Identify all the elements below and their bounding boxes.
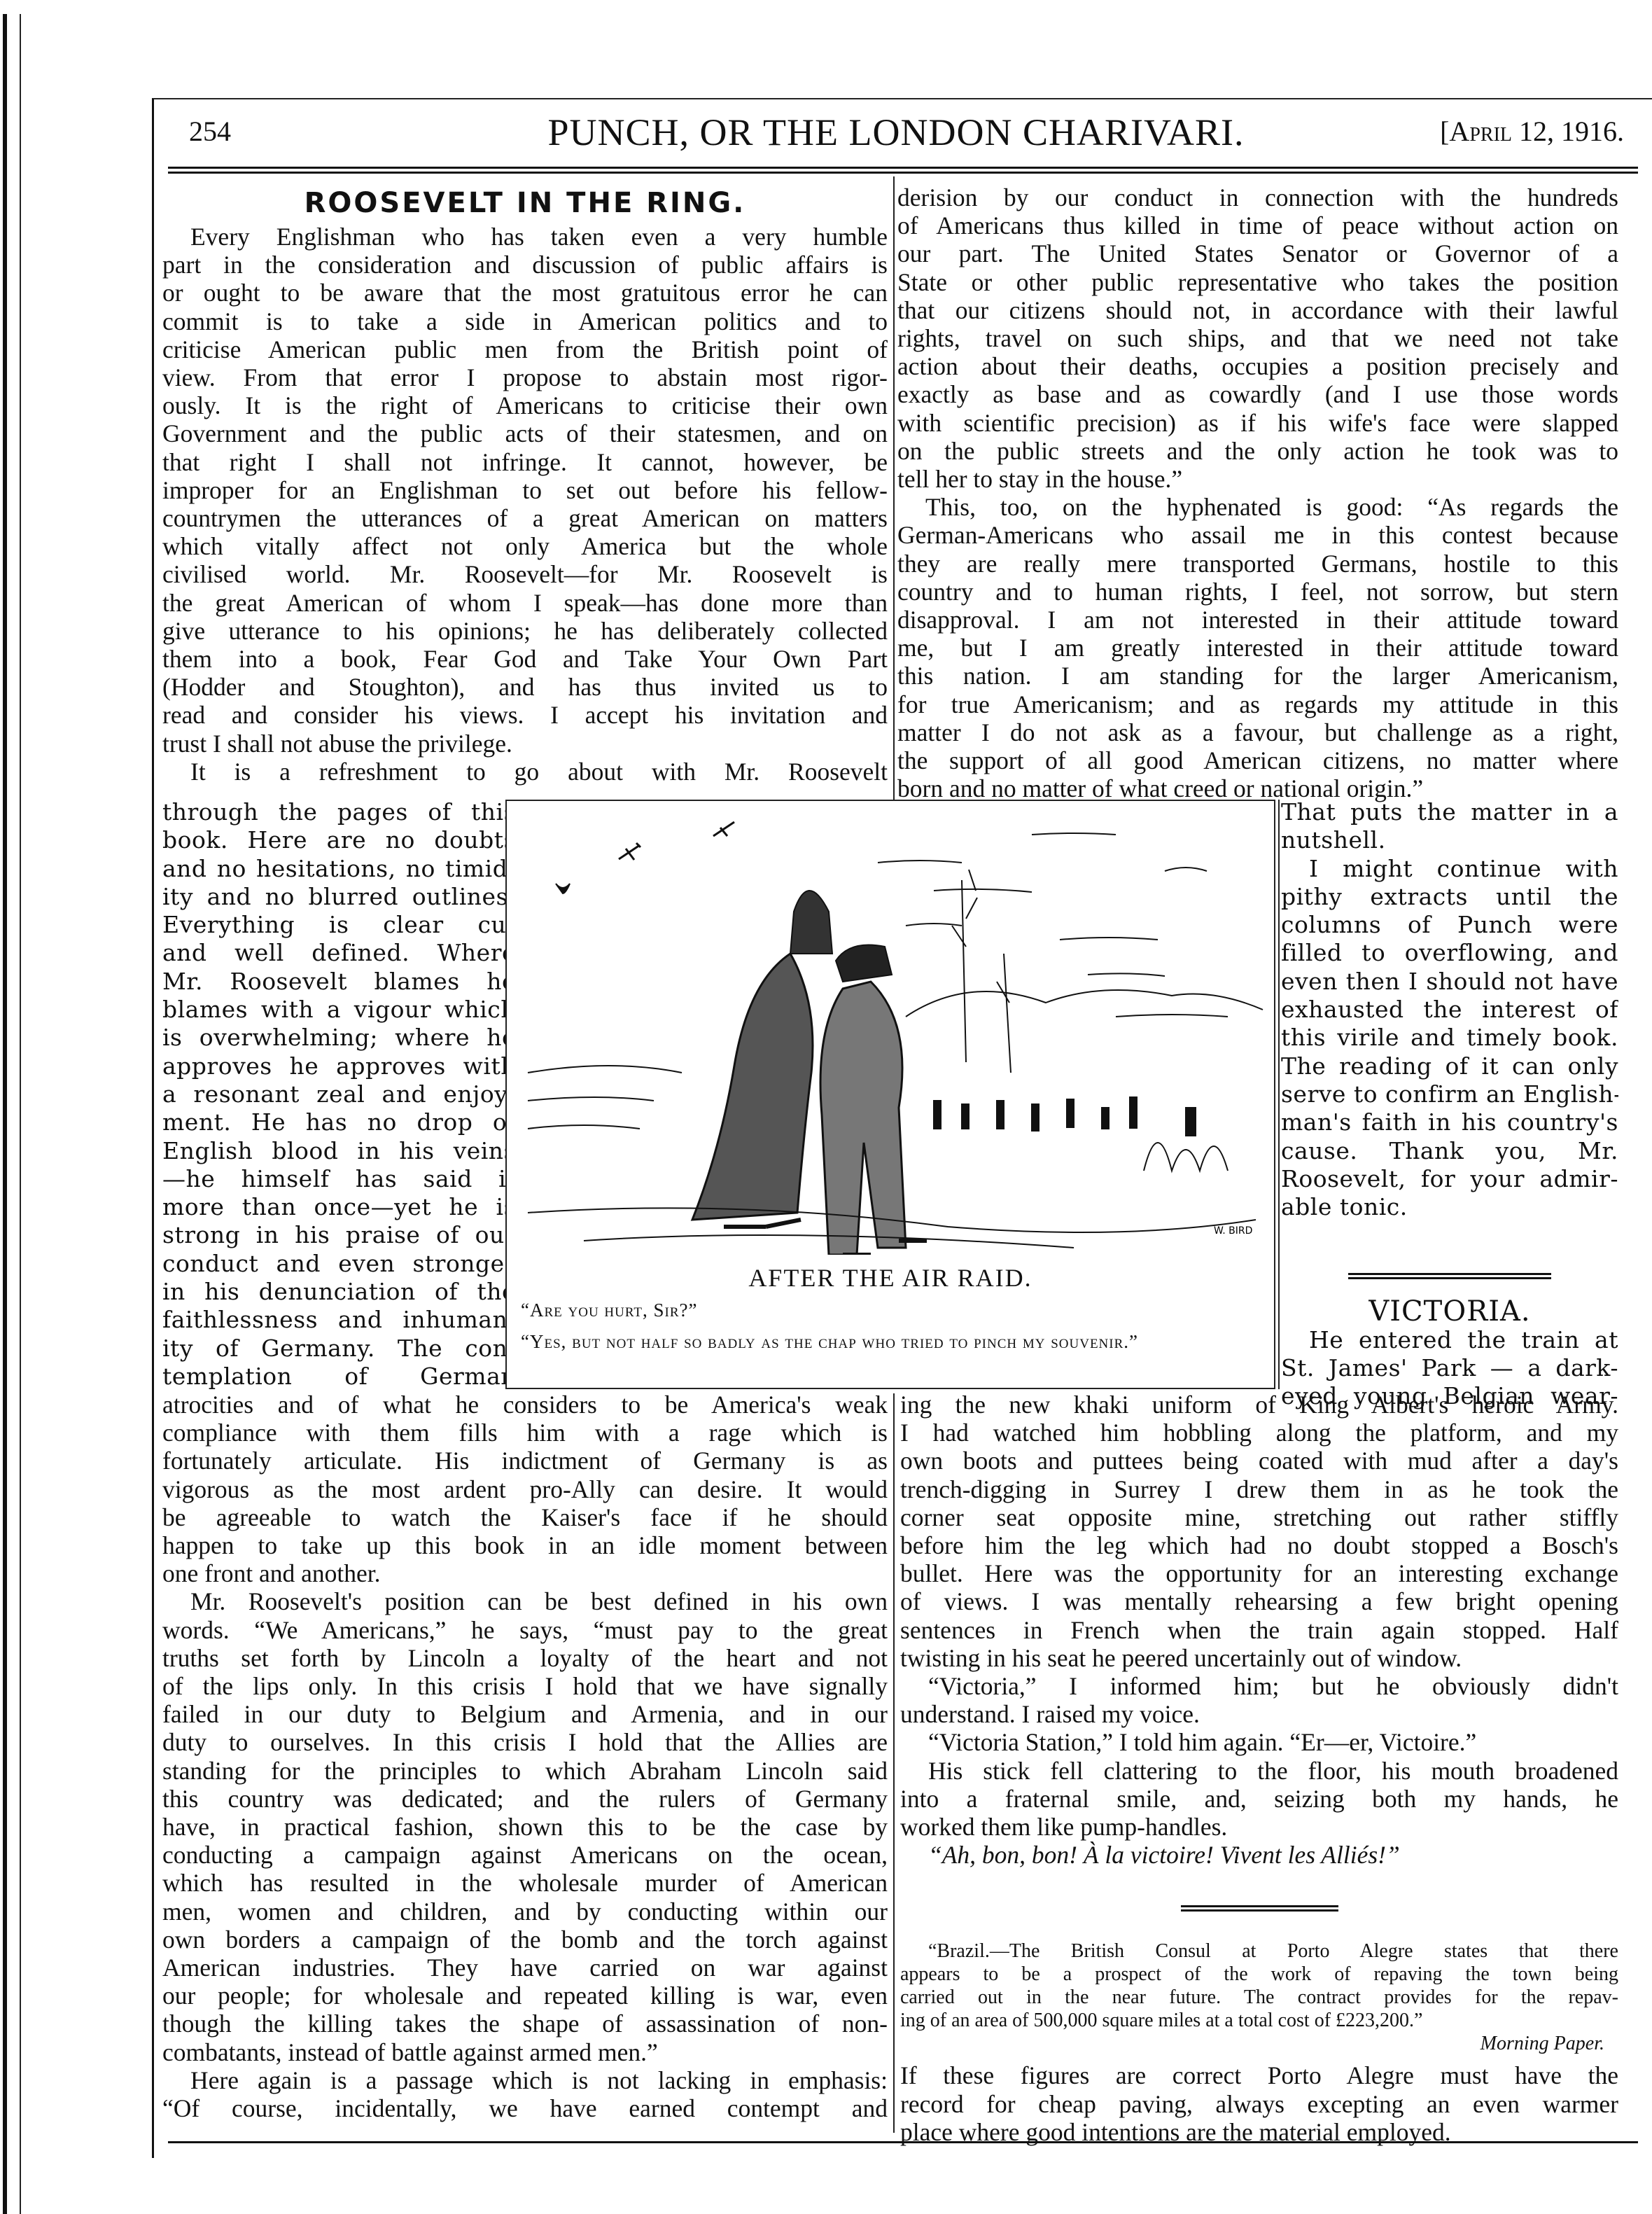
text-line: failed in our duty to Belgium and Armeni… bbox=[162, 1700, 888, 1728]
text-line: or ought to be aware that the most gratu… bbox=[162, 279, 888, 307]
text-line: strong in his praise of our bbox=[162, 1221, 516, 1249]
text-line: through the pages of this bbox=[162, 798, 516, 826]
text-line: and no hesitations, no timid- bbox=[162, 855, 516, 883]
text-line: ment. He has no drop of bbox=[162, 1108, 516, 1136]
victoria-title: VICTORIA. bbox=[1281, 1297, 1618, 1325]
text-line: more than once—yet he is bbox=[162, 1193, 516, 1221]
text-line: ity and no blurred outlines. bbox=[162, 883, 516, 911]
text-line: If these figures are correct Porto Alegr… bbox=[900, 2061, 1618, 2089]
article-body: derision by our conduct in connection wi… bbox=[897, 183, 1618, 802]
text-line: read and consider his views. I accept hi… bbox=[162, 701, 888, 729]
text-line: I might continue with bbox=[1281, 855, 1618, 883]
text-line: fortunately articulate. His indictment o… bbox=[162, 1447, 888, 1475]
text-line: place where good intentions are the mate… bbox=[900, 2118, 1618, 2146]
text-line: faithlessness and inhuman- bbox=[162, 1306, 516, 1334]
text-line: ously. It is the right of Americans to c… bbox=[162, 391, 888, 419]
text-line: nutshell. bbox=[1281, 826, 1618, 854]
text-line: the great American of whom I speak—has d… bbox=[162, 589, 888, 617]
text-line: me, but I am greatly interested in their… bbox=[897, 634, 1618, 662]
publication-title: PUNCH, OR THE LONDON CHARIVARI. bbox=[168, 111, 1624, 154]
text-line: English blood in his veins bbox=[162, 1137, 516, 1165]
quote-lines: “Brazil.—The British Consul at Porto Ale… bbox=[900, 1940, 1618, 2032]
text-line: trust I shall not abuse the privilege. bbox=[162, 730, 888, 758]
column-divider bbox=[893, 1393, 895, 2133]
text-line: improper for an Englishman to set out be… bbox=[162, 476, 888, 504]
text-line: with scientific precision) as if his wif… bbox=[897, 409, 1618, 437]
text-line: cause. Thank you, Mr. bbox=[1281, 1137, 1618, 1165]
article-body: Every Englishman who has taken even a ve… bbox=[162, 223, 888, 786]
text-line: our people; for wholesale and repeated k… bbox=[162, 1982, 888, 2010]
text-line: be agreeable to watch the Kaiser's face … bbox=[162, 1503, 888, 1531]
text-line: I had watched him hobbling along the pla… bbox=[900, 1419, 1618, 1447]
text-line: have, in practical fashion, shown this t… bbox=[162, 1813, 888, 1841]
text-line: Mr. Roosevelt's position can be best def… bbox=[162, 1587, 888, 1615]
right-narrow-column: That puts the matter in anutshell.I migh… bbox=[1281, 798, 1618, 1411]
text-line: It is a refreshment to go about with Mr.… bbox=[162, 758, 888, 786]
text-line: worked them like pump-handles. bbox=[900, 1813, 1618, 1841]
text-line: for true Americanism; and as regards my … bbox=[897, 690, 1618, 718]
text-line: Roosevelt, for your admir- bbox=[1281, 1165, 1618, 1193]
text-line: “Victoria,” I informed him; but he obvio… bbox=[900, 1672, 1618, 1700]
text-line: Mr. Roosevelt blames he bbox=[162, 968, 516, 996]
text-line: part in the consideration and discussion… bbox=[162, 251, 888, 279]
cartoon-dialogue-1: “Are you hurt, Sir?” bbox=[521, 1300, 698, 1321]
text-line: American industries. They have carried o… bbox=[162, 1954, 888, 1982]
text-line: in his denunciation of the bbox=[162, 1278, 516, 1306]
cartoon-title: AFTER THE AIR RAID. bbox=[507, 1263, 1274, 1293]
text-line: conduct and even stronger bbox=[162, 1250, 516, 1278]
text-line: “Ah, bon, bon! À la victoire! Vivent les… bbox=[900, 1841, 1618, 1869]
text-line: The reading of it can only bbox=[1281, 1052, 1618, 1080]
issue-date: [April 12, 1916. bbox=[1440, 115, 1624, 148]
text-line: standing for the principles to which Abr… bbox=[162, 1757, 888, 1785]
article-title: ROOSEVELT IN THE RING. bbox=[162, 183, 888, 223]
text-line: of views. I was mentally rehearsing a fe… bbox=[900, 1587, 1618, 1615]
text-line: “Of course, incidentally, we have earned… bbox=[162, 2094, 888, 2122]
text-line: tell her to stay in the house.” bbox=[897, 465, 1618, 493]
text-line: He entered the train at bbox=[1281, 1326, 1618, 1354]
text-line: own borders a campaign of the bomb and t… bbox=[162, 1926, 888, 1954]
text-line: men, women and children, and by conducti… bbox=[162, 1898, 888, 1926]
text-line: This, too, on the hyphenated is good: “A… bbox=[897, 493, 1618, 521]
text-line: into a fraternal smile, and, seizing bot… bbox=[900, 1785, 1618, 1813]
text-line: Every Englishman who has taken even a ve… bbox=[162, 223, 888, 251]
text-line: this country was dedicated; and the rule… bbox=[162, 1785, 888, 1813]
article-body: That puts the matter in anutshell.I migh… bbox=[1281, 798, 1618, 1221]
text-line: matter I do not ask as a favour, but cha… bbox=[897, 718, 1618, 746]
cartoon-dialogue-2: “Yes, but not half so badly as the chap … bbox=[521, 1328, 1260, 1356]
text-line: columns of Punch were bbox=[1281, 911, 1618, 939]
text-line: (Hodder and Stoughton), and has thus inv… bbox=[162, 673, 888, 701]
text-line: rights, travel on such ships, and that w… bbox=[897, 324, 1618, 352]
column-divider bbox=[893, 176, 895, 800]
text-line: derision by our conduct in connection wi… bbox=[897, 183, 1618, 211]
text-line: country and to human rights, I feel, not… bbox=[897, 578, 1618, 606]
text-line: compliance with them fills him with a ra… bbox=[162, 1419, 888, 1447]
quote-source: Morning Paper. bbox=[900, 2032, 1618, 2056]
text-line: action about their deaths, occupies a po… bbox=[897, 352, 1618, 380]
text-line: Everything is clear cut bbox=[162, 911, 516, 939]
text-line: German-Americans who assail me in this c… bbox=[897, 521, 1618, 549]
text-line: though the killing takes the shape of as… bbox=[162, 2010, 888, 2038]
text-line: vigorous as the most ardent pro-Ally can… bbox=[162, 1475, 888, 1503]
roosevelt-article-left-top: ROOSEVELT IN THE RING. Every Englishman … bbox=[162, 183, 888, 786]
text-line: twisting in his seat he peered uncertain… bbox=[900, 1644, 1618, 1672]
text-line: pithy extracts until the bbox=[1281, 883, 1618, 911]
victoria-article-continued: ing the new khaki uniform of King Albert… bbox=[900, 1391, 1618, 2146]
text-line: bullet. Here was the opportunity for an … bbox=[900, 1559, 1618, 1587]
running-header: 254 PUNCH, OR THE LONDON CHARIVARI. [Apr… bbox=[168, 105, 1624, 161]
text-line: commit is to take a side in American pol… bbox=[162, 307, 888, 335]
text-line: conducting a campaign against Americans … bbox=[162, 1841, 888, 1869]
roosevelt-article-right-top: derision by our conduct in connection wi… bbox=[897, 183, 1618, 802]
text-line: which has resulted in the wholesale murd… bbox=[162, 1869, 888, 1897]
text-line: view. From that error I propose to absta… bbox=[162, 363, 888, 391]
text-line: ing the new khaki uniform of King Albert… bbox=[900, 1391, 1618, 1419]
text-line: blames with a vigour which bbox=[162, 996, 516, 1024]
text-line: Government and the public acts of their … bbox=[162, 419, 888, 447]
text-line: and well defined. Where bbox=[162, 939, 516, 967]
text-line: man's faith in his country's bbox=[1281, 1108, 1618, 1136]
text-line: of Americans thus killed in time of peac… bbox=[897, 211, 1618, 239]
brazil-news-quote: “Brazil.—The British Consul at Porto Ale… bbox=[900, 1940, 1618, 2056]
text-line: that our citizens should not, in accorda… bbox=[897, 296, 1618, 324]
artist-signature: W. BIRD bbox=[1214, 1225, 1252, 1237]
text-line: record for cheap paving, always exceptin… bbox=[900, 2090, 1618, 2118]
text-line: even then I should not have bbox=[1281, 968, 1618, 996]
article-body: through the pages of thisbook. Here are … bbox=[162, 798, 516, 1391]
text-line: atrocities and of what he considers to b… bbox=[162, 1391, 888, 1419]
text-line: exactly as base and as cowardly (and I u… bbox=[897, 380, 1618, 408]
text-line: filled to overflowing, and bbox=[1281, 939, 1618, 967]
section-double-rule bbox=[1181, 1905, 1338, 1912]
text-line: able tonic. bbox=[1281, 1193, 1618, 1221]
text-line: ity of Germany. The con- bbox=[162, 1335, 516, 1363]
section-double-rule bbox=[1348, 1273, 1551, 1279]
text-line: civilised world. Mr. Roosevelt—for Mr. R… bbox=[162, 560, 888, 588]
text-line: before him the leg which had no doubt st… bbox=[900, 1531, 1618, 1559]
text-line: State or other public representative who… bbox=[897, 268, 1618, 296]
roosevelt-article-left-narrow: through the pages of thisbook. Here are … bbox=[162, 798, 516, 1391]
text-line: of the lips only. In this crisis I hold … bbox=[162, 1672, 888, 1700]
text-line: trench-digging in Surrey I drew them in … bbox=[900, 1475, 1618, 1503]
victoria-article-body: ing the new khaki uniform of King Albert… bbox=[900, 1391, 1618, 1869]
binding-edge bbox=[3, 14, 7, 2214]
text-line: which vitally affect not only America bu… bbox=[162, 532, 888, 560]
text-line: serve to confirm an English- bbox=[1281, 1080, 1618, 1108]
text-line: own boots and puttees being coated with … bbox=[900, 1447, 1618, 1475]
text-line: give utterance to his opinions; he has d… bbox=[162, 617, 888, 645]
text-line: on the public streets and the only actio… bbox=[897, 437, 1618, 465]
text-line: combatants, instead of battle against ar… bbox=[162, 2038, 888, 2066]
text-line: happen to take up this book in an idle m… bbox=[162, 1531, 888, 1559]
text-line: approves he approves with bbox=[162, 1052, 516, 1080]
text-line: His stick fell clattering to the floor, … bbox=[900, 1757, 1618, 1785]
text-line: truths set forth by Lincoln a loyalty of… bbox=[162, 1644, 888, 1672]
cartoon-illustration: W. BIRD AFTER THE AIR RAID. “Are you hur… bbox=[505, 800, 1275, 1389]
text-line: “Brazil.—The British Consul at Porto Ale… bbox=[900, 1940, 1618, 1963]
text-line: appears to be a prospect of the work of … bbox=[900, 1963, 1618, 1986]
text-line: exhausted the interest of bbox=[1281, 996, 1618, 1024]
text-line: that right I shall not infringe. It cann… bbox=[162, 448, 888, 476]
text-line: our part. The United States Senator or G… bbox=[897, 239, 1618, 267]
text-line: they are really mere transported Germans… bbox=[897, 550, 1618, 578]
text-line: Here again is a passage which is not lac… bbox=[162, 2066, 888, 2094]
text-line: “Victoria Station,” I told him again. “E… bbox=[900, 1728, 1618, 1756]
text-line: book. Here are no doubts bbox=[162, 826, 516, 854]
text-line: one front and another. bbox=[162, 1559, 888, 1587]
text-line: criticise American public men from the B… bbox=[162, 335, 888, 363]
text-line: words. “We Americans,” he says, “must pa… bbox=[162, 1616, 888, 1644]
text-line: ing of an area of 500,000 square miles a… bbox=[900, 2009, 1618, 2032]
text-line: is overwhelming; where he bbox=[162, 1024, 516, 1052]
text-line: disapproval. I am not interested in thei… bbox=[897, 606, 1618, 634]
text-line: —he himself has said it bbox=[162, 1165, 516, 1193]
text-line: That puts the matter in a bbox=[1281, 798, 1618, 826]
text-line: this virile and timely book. bbox=[1281, 1024, 1618, 1052]
article-body: atrocities and of what he considers to b… bbox=[162, 1391, 888, 2122]
text-line: the support of all good American citizen… bbox=[897, 746, 1618, 774]
text-line: carried out in the near future. The cont… bbox=[900, 1986, 1618, 2009]
text-line: St. James' Park — a dark- bbox=[1281, 1354, 1618, 1382]
binding-edge-inner bbox=[20, 14, 21, 2214]
roosevelt-article-left-bottom: atrocities and of what he considers to b… bbox=[162, 1391, 888, 2122]
text-line: this nation. I am standing for the large… bbox=[897, 662, 1618, 690]
text-line: understand. I raised my voice. bbox=[900, 1700, 1618, 1728]
cartoon-drawing-icon: W. BIRD bbox=[514, 807, 1267, 1255]
text-line: a resonant zeal and enjoy- bbox=[162, 1080, 516, 1108]
text-line: them into a book, Fear God and Take Your… bbox=[162, 645, 888, 673]
text-line: templation of German bbox=[162, 1363, 516, 1391]
text-line: corner seat opposite mine, stretching ou… bbox=[900, 1503, 1618, 1531]
brazil-comment: If these figures are correct Porto Alegr… bbox=[900, 2061, 1618, 2146]
column-divider bbox=[1278, 800, 1280, 1389]
header-double-rule bbox=[168, 167, 1638, 174]
text-line: sentences in French when the train again… bbox=[900, 1616, 1618, 1644]
text-line: countrymen the utterances of a great Ame… bbox=[162, 504, 888, 532]
text-line: duty to ourselves. In this crisis I hold… bbox=[162, 1728, 888, 1756]
